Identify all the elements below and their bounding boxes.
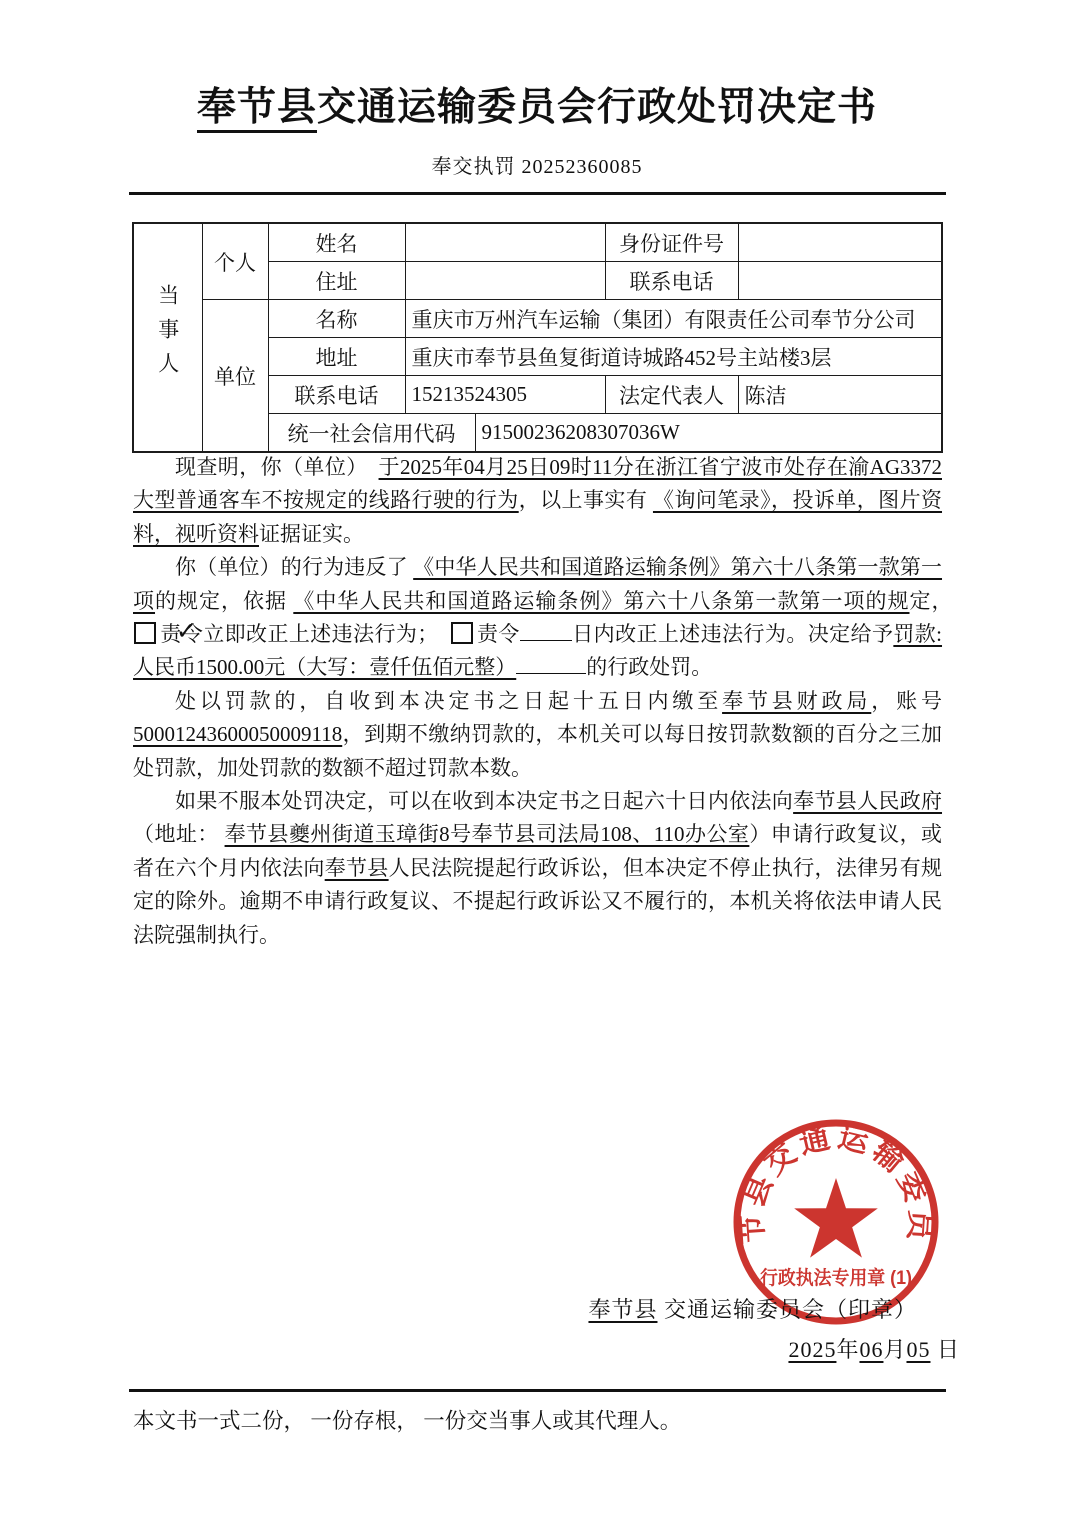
body-paragraph: 你（单位）的行为违反了 《中华人民共和国道路运输条例》第六十八条第一款第一项的规… [133, 551, 942, 685]
text: 处以罚款的，自收到本决定书之日起十五日内缴至 [175, 689, 722, 713]
penalty-decision-document: 奉节县交通运输委员会行政处罚决定书 奉交执罚 20252360085 当事人 个… [0, 0, 1074, 1520]
text: 现查明，你（单位） [175, 455, 379, 479]
check-mark-icon: ✓ [134, 615, 196, 648]
underlined-text: 奉节县夔州街道玉璋街8号奉节县司法局108、110办公室 [225, 822, 750, 846]
underlined-text: 《中华人民共和国道路运输条例》第六十八条第一款第一项的规 [293, 589, 909, 613]
person-phone-label: 联系电话 [605, 262, 738, 300]
table-row: 单位 名称 重庆市万州汽车运输（集团）有限责任公司奉节分公司 [133, 300, 942, 338]
text: 证据证实。 [259, 522, 364, 546]
page-title: 奉节县交通运输委员会行政处罚决定书 [0, 76, 1074, 132]
underlined-text: 05 [906, 1337, 930, 1362]
person-id-value [738, 223, 942, 262]
person-address-label: 住址 [268, 262, 405, 300]
text: 年 [836, 1337, 859, 1362]
text: 的规定，依据 [155, 589, 293, 613]
underlined-text: 奉节县 [325, 856, 389, 880]
org-name-label: 名称 [268, 300, 405, 338]
underlined-text: 奉节县财政局 [722, 689, 871, 713]
text: 月 [883, 1337, 906, 1362]
text: ，以上事实有 [519, 488, 653, 512]
org-name-value: 重庆市万州汽车运输（集团）有限责任公司奉节分公司 [405, 300, 942, 338]
text: 如果不服本处罚决定，可以在收到本决定书之日起六十日内依法向 [175, 789, 793, 813]
text: 责令 [477, 622, 520, 646]
title-rest: 交通运输委员会行政处罚决定书 [317, 86, 877, 129]
text: 定， [910, 589, 964, 613]
date-line: 2025年06月05 日 [788, 1333, 960, 1364]
footer-note: 本文书一式二份， 一份存根， 一份交当事人或其代理人。 [133, 1404, 681, 1435]
org-phone-value: 15213524305 [405, 376, 605, 414]
text: （地址： [133, 822, 225, 846]
table-row: 当事人 个人 姓名 身份证件号 [133, 223, 942, 262]
checkbox-checked-icon[interactable]: ✓ [134, 622, 156, 644]
person-address-value [405, 262, 605, 300]
underlined-text: 2025 [788, 1337, 836, 1362]
underlined-text: 奉节县 [588, 1297, 657, 1322]
person-name-label: 姓名 [268, 223, 405, 262]
body-paragraph: 如果不服本处罚决定，可以在收到本决定书之日起六十日内依法向奉节县人民政府（地址：… [133, 785, 942, 952]
document-number: 奉交执罚 20252360085 [0, 150, 1074, 179]
blank-underline [516, 654, 586, 675]
text: ，账号 [871, 689, 942, 713]
body-paragraph: 处以罚款的，自收到本决定书之日起十五日内缴至奉节县财政局，账号500012436… [133, 685, 942, 785]
checkbox-empty-icon[interactable] [451, 622, 473, 644]
underlined-text: 奉节县人民政府 [793, 789, 942, 813]
text: 日内改正上述违法行为。决定给予 [572, 622, 894, 646]
underlined-text: 50001243600050009118 [133, 722, 342, 746]
text: 你（单位）的行为违反了 [175, 555, 413, 579]
header-divider [129, 192, 946, 195]
party-side-label: 当事人 [133, 223, 202, 452]
seal-star-icon [794, 1178, 878, 1258]
credit-code-label: 统一社会信用代码 [268, 414, 475, 453]
title-agency-name: 奉节县 [197, 86, 317, 133]
text: 责令立即改正上述违法行为； [160, 622, 450, 646]
party-table: 当事人 个人 姓名 身份证件号 住址 联系电话 单位 名称 重庆市万州汽车运输（… [132, 222, 943, 453]
person-id-label: 身份证件号 [605, 223, 738, 262]
underlined-text: 06 [859, 1337, 883, 1362]
seal-bottom-text: 行政执法专用章 (1) [760, 1266, 912, 1289]
blank-underline [520, 620, 572, 641]
credit-code-value: 91500236208307036W [475, 414, 942, 453]
legal-rep-label: 法定代表人 [605, 376, 738, 414]
org-group-label: 单位 [202, 300, 268, 453]
text: 日 [930, 1337, 960, 1362]
org-phone-label: 联系电话 [268, 376, 405, 414]
org-address-label: 地址 [268, 338, 405, 376]
person-group-label: 个人 [202, 223, 268, 300]
person-name-value [405, 223, 605, 262]
org-address-value: 重庆市奉节县鱼复街道诗城路452号主站楼3层 [405, 338, 942, 376]
body-paragraph: 现查明，你（单位） 于2025年04月25日09时11分在浙江省宁波市处存在渝A… [133, 451, 942, 551]
text: 交通运输委员会（印章） [657, 1297, 917, 1322]
text: 的行政处罚。 [586, 655, 712, 679]
person-phone-value [738, 262, 942, 300]
body-text: 现查明，你（单位） 于2025年04月25日09时11分在浙江省宁波市处存在渝A… [133, 451, 942, 952]
signature-line: 奉节县 交通运输委员会（印章） [588, 1293, 917, 1324]
footer-divider [129, 1389, 946, 1392]
legal-rep-value: 陈洁 [738, 376, 942, 414]
